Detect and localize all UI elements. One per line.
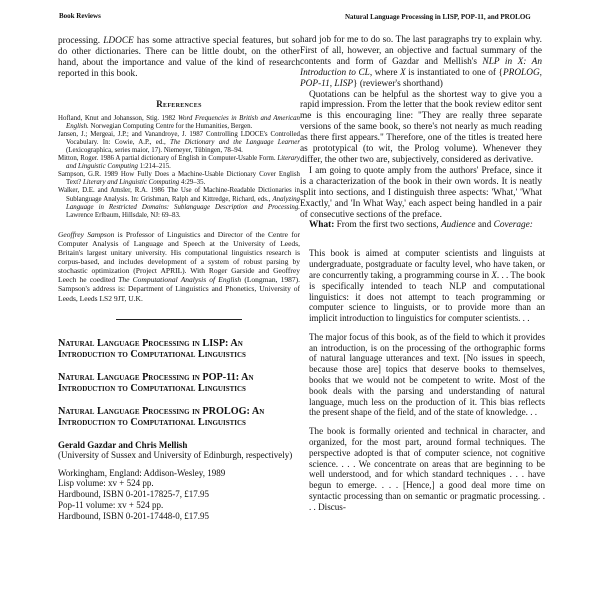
paragraph-quotations: Quotations can be helpful as the shortes… bbox=[300, 90, 542, 166]
italic-term: LDOCE bbox=[103, 36, 133, 46]
right-column: hard job for me to do so. The last parag… bbox=[300, 35, 542, 513]
review-title-prolog: Natural Language Processing in PROLOG: A… bbox=[58, 406, 300, 428]
reviewer-bio: Geoffrey Sampson is Professor of Linguis… bbox=[58, 230, 300, 303]
text-run: The major focus of this book, as of the … bbox=[309, 332, 545, 418]
text-run: processing. bbox=[58, 36, 103, 46]
text-run: The book is formally oriented and techni… bbox=[309, 426, 545, 512]
text-run: (Lexicographica, series maior, 17). Niem… bbox=[66, 147, 243, 154]
left-column: processing. LDOCE has some attractive sp… bbox=[58, 36, 300, 522]
reference-list: Hofland, Knut and Johansson, Stig. 1982 … bbox=[58, 115, 300, 220]
reference-item: Hofland, Knut and Johansson, Stig. 1982 … bbox=[58, 115, 300, 131]
paragraph-intro: hard job for me to do so. The last parag… bbox=[300, 35, 542, 90]
lisp-volume-pages: Lisp volume: xv + 524 pp. bbox=[58, 478, 300, 489]
reference-item: Jansen, J.; Mergeai, J.P.; and Vanandroy… bbox=[58, 131, 300, 155]
text-run: 1:214–215. bbox=[138, 163, 171, 170]
section-label: What: bbox=[309, 220, 334, 230]
pop11-volume-isbn: Hardbound, ISBN 0-201-17448-0, £17.95 bbox=[58, 511, 300, 522]
review-title-lisp: Natural Language Processing in LISP: An … bbox=[58, 338, 300, 360]
italic-term: Coverage: bbox=[494, 220, 533, 230]
book-title: The Computational Analysis of English bbox=[118, 275, 241, 284]
reference-item: Mitton, Roger. 1986 A partial dictionary… bbox=[58, 155, 300, 171]
text-run: Mitton, Roger. 1986 A partial dictionary… bbox=[58, 155, 277, 162]
block-quote: The book is formally oriented and techni… bbox=[309, 426, 545, 512]
publication-info: Workingham, England: Addison-Wesley, 198… bbox=[58, 468, 300, 522]
reference-title: Literary and Linguistic Computing bbox=[83, 179, 179, 186]
text-run: , where bbox=[370, 68, 400, 78]
running-head-title: Natural Language Processing in LISP, POP… bbox=[345, 13, 531, 21]
review-title-pop11: Natural Language Processing in POP-11: A… bbox=[58, 372, 300, 394]
book-authors: Gerald Gazdar and Chris Mellish bbox=[58, 440, 300, 451]
author-affiliation: (University of Sussex and University of … bbox=[58, 450, 300, 461]
text-run: } (reviewer's shorthand) bbox=[353, 79, 443, 89]
block-quote: This book is aimed at computer scientist… bbox=[309, 248, 545, 324]
pop11-volume-pages: Pop-11 volume: xv + 524 pp. bbox=[58, 500, 300, 511]
reference-item: Walker, D.E. and Amsler, R.A. 1986 The U… bbox=[58, 187, 300, 219]
document-page: Book Reviews Natural Language Processing… bbox=[0, 0, 600, 600]
continued-paragraph: processing. LDOCE has some attractive sp… bbox=[58, 36, 300, 80]
text-run: Norwegian Computing Centre for the Human… bbox=[89, 123, 253, 130]
lisp-volume-isbn: Hardbound, ISBN 0-201-17825-7, £17.95 bbox=[58, 489, 300, 500]
text-run: Lawrence Erlbaum, Hillsdale, NJ: 69–83. bbox=[66, 212, 181, 219]
text-run: From the first two sections, bbox=[334, 220, 441, 230]
spacer bbox=[300, 231, 542, 248]
paragraph-preface: I am going to quote amply from the autho… bbox=[300, 166, 542, 221]
text-run: Walker, D.E. and Amsler, R.A. 1986 The U… bbox=[58, 187, 300, 202]
running-head-section: Book Reviews bbox=[59, 12, 101, 20]
block-quote: The major focus of this book, as of the … bbox=[309, 332, 545, 418]
italic-term: Audience bbox=[441, 220, 476, 230]
reference-item: Sampson, G.R. 1989 How Fully Does a Mach… bbox=[58, 171, 300, 187]
text-run: and bbox=[476, 220, 494, 230]
section-divider bbox=[116, 319, 242, 320]
text-run: is instantiated to one of { bbox=[406, 68, 503, 78]
references-heading: References bbox=[58, 99, 300, 109]
reviewer-name: Geoffrey Sampson bbox=[58, 230, 114, 239]
text-run: Hofland, Knut and Johansson, Stig. 1982 bbox=[58, 115, 178, 122]
publisher-line: Workingham, England: Addison-Wesley, 198… bbox=[58, 468, 300, 479]
paragraph-what: What: From the first two sections, Audie… bbox=[300, 220, 542, 231]
reference-title: The Dictionary and the Language Learner bbox=[170, 139, 300, 146]
text-run: 4:29–35. bbox=[179, 179, 205, 186]
